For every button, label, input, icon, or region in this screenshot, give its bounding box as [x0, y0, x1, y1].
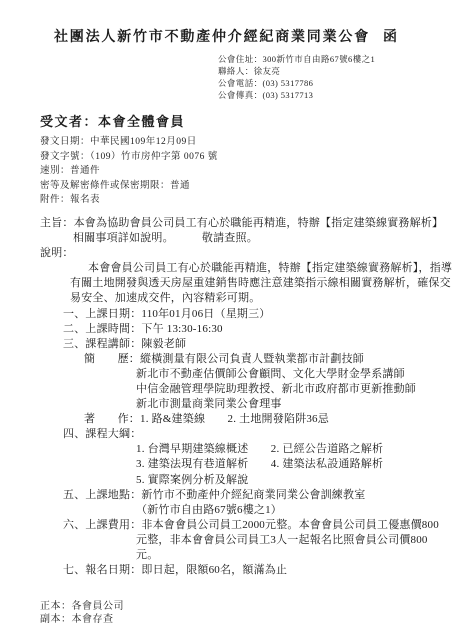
item-class-date: 一、上課日期：110年01月06日（星期三） — [63, 307, 438, 322]
contact-person: 聯絡人：徐友亮 — [218, 65, 438, 77]
item-class-fee: 六、上課費用：非本會會員公司員工2000元整。本會會員公司員工優惠價800 — [63, 518, 438, 533]
original-copy-line: 正本：各會員公司 — [40, 601, 438, 614]
item-class-time: 二、上課時間：下午 13:30-16:30 — [63, 322, 438, 337]
priority-line: 速別：普通件 — [40, 164, 438, 179]
association-contact-block: 公會住址：300新竹市自由路67號6樓之1 聯絡人：徐友亮 公會電話：(03) … — [218, 53, 438, 101]
issue-date-line: 發文日期：中華民國109年12月09日 — [40, 135, 438, 150]
lecturer-resume-line: 簡 歷：縱橫測量有限公司負責人暨執業都市計劃技師 — [84, 352, 438, 367]
document-meta-block: 發文日期：中華民國109年12月09日 發文字號：（109）竹市房仲字第 007… — [40, 135, 438, 208]
item-registration-deadline: 七、報名日期：即日起，限額60名，額滿為止 — [63, 563, 438, 578]
subject-line-2: 相關事項詳如說明。 敬請查照。 — [73, 231, 438, 246]
course-outline-line: 5. 實際案例分析及解說 — [136, 473, 438, 488]
contact-address: 公會住址：300新竹市自由路67號6樓之1 — [218, 53, 438, 65]
explanation-paragraph-line: 本會會員公司員工有心於職能再精進，特辦【指定建築線實務解析】，指導 — [88, 261, 438, 276]
explanation-paragraph-line: 有關土地開發與透天房屋重建銷售時應注意建築指示線相關實務解析，確保交 — [70, 276, 438, 291]
reference-number-line: 發文字號：（109）竹市房仲字第 0076 號 — [40, 150, 438, 165]
lecturer-resume-line: 新北市測量商業同業公會理事 — [136, 397, 438, 412]
attachment-line: 附件：報名表 — [40, 193, 438, 208]
course-outline-line: 3. 建築法現有巷道解析 4. 建築法私設通路解析 — [136, 457, 438, 472]
class-fee-line: 元整，非本會會員公司員工3人一起報名比照會員公司價800 — [136, 533, 438, 548]
lecturer-resume-line: 中信金融管理學院助理教授、新北市政府都市更新推動師 — [136, 382, 438, 397]
recipient-line: 受文者：本會全體會員 — [40, 111, 438, 130]
class-location-address: （新竹市自由路67號6樓之1） — [136, 503, 438, 518]
document-title: 社團法人新竹市不動產仲介經紀商業同業公會函 — [54, 26, 438, 46]
distribution-block: 正本：各會員公司 副本：本會存查 — [40, 601, 438, 626]
letter-body: 主旨：本會為協助會員公司員工有心於職能再精進，特辦【指定建築線實務解析】 相關事… — [40, 216, 438, 578]
lecturer-resume-line: 新北市不動產估價師公會顧問、文化大學財金學系講師 — [136, 367, 438, 382]
contact-phone: 公會電話：(03) 5317786 — [218, 77, 438, 89]
contact-fax: 公會傳真：(03) 5317713 — [218, 89, 438, 101]
duplicate-copy-line: 副本：本會存查 — [40, 614, 438, 627]
explanation-paragraph-line: 易安全、加速成交件，內容精彩可期。 — [70, 291, 438, 306]
item-class-location: 五、上課地點：新竹市不動產仲介經紀商業同業公會訓練教室 — [63, 488, 438, 503]
subject-line-1: 主旨：本會為協助會員公司員工有心於職能再精進，特辦【指定建築線實務解析】 — [40, 216, 438, 231]
explanation-label: 說明： — [40, 246, 438, 261]
document-type: 函 — [383, 30, 399, 45]
class-fee-line: 元。 — [136, 548, 438, 563]
course-outline-line: 1. 台灣早期建築線概述 2. 已經公告道路之解析 — [136, 442, 438, 457]
official-letter-page: 社團法人新竹市不動產仲介經紀商業同業公會函 公會住址：300新竹市自由路67號6… — [0, 0, 452, 640]
classification-line: 密等及解密條件或保密期限：普通 — [40, 179, 438, 194]
letter-content: 社團法人新竹市不動產仲介經紀商業同業公會函 公會住址：300新竹市自由路67號6… — [0, 0, 452, 626]
item-course-outline: 四、課程大綱： — [63, 427, 438, 442]
lecturer-works-line: 著 作：1. 路&建築線 2. 土地開發陷阱36忌 — [84, 412, 438, 427]
association-name: 社團法人新竹市不動產仲介經紀商業同業公會 — [54, 30, 370, 45]
item-lecturer: 三、課程講師：陳毅老師 — [63, 337, 438, 352]
